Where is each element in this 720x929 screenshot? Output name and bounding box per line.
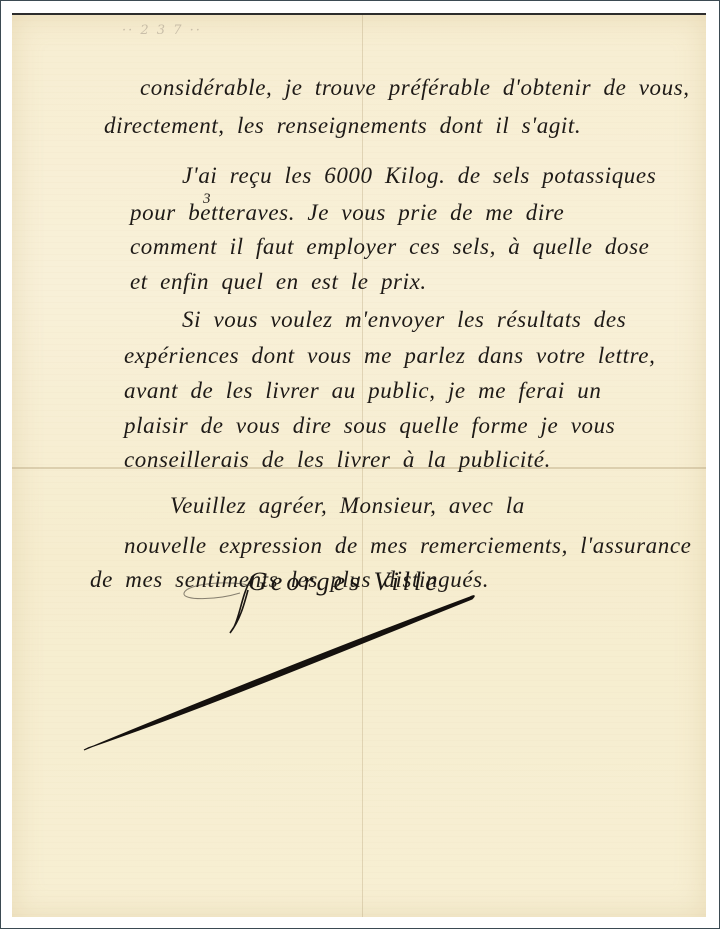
signature: Georges Ville: [248, 567, 441, 597]
letter-page: ·· 2 3 7 ·· considérable, je trouve préf…: [12, 13, 706, 917]
signature-flourish-icon: [12, 15, 706, 917]
